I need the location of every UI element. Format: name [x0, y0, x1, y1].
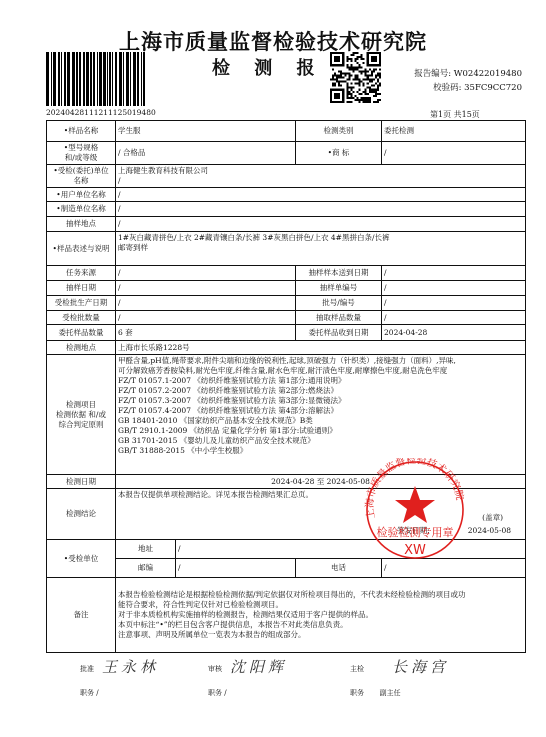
- row-remarks: 备注 本报告检验检测结论是根据检验检测依据/判定依据仅对所检项目得出的，不代表未…: [47, 578, 526, 653]
- user-unit-label: •用户单位名称: [47, 188, 116, 202]
- issue-date: 签发日期: 2024-05-08: [397, 526, 511, 536]
- list-line: GB/T 2910.1-2009 《纺织品 定量化学分析 第1部分:试验通则》: [118, 426, 523, 436]
- row-manufacturer: •制造单位名称 /: [47, 202, 526, 217]
- entrusted-qty: 6 套: [116, 325, 296, 341]
- row-conclusion: 检测结论 本报告仅提供单项检测结论。详见本报告检测结果汇总页。 (盖章) 签发日…: [47, 489, 526, 540]
- row-test-date: 检测日期 2024-04-28 至 2024-05-08: [47, 475, 526, 489]
- phone-label: 电话: [296, 559, 382, 578]
- list-line: 可分解致癌芳香胺染料,耐光色牢度,纤维含量,耐水色牢度,耐汗渍色牢度,耐摩擦色牢…: [118, 366, 523, 376]
- sampling-no: /: [382, 281, 526, 296]
- review-signature: 沈阳辉: [230, 656, 287, 677]
- row-batch-qty: 受检批数量 / 抽取样品数量 /: [47, 311, 526, 325]
- row-entrusted-qty: 委托样品数量 6 套 委托样品收到日期 2024-04-28: [47, 325, 526, 341]
- manufacturer-label: •制造单位名称: [47, 202, 116, 217]
- report-no: W02422019480: [454, 69, 522, 79]
- entrusted-qty-label: 委托样品数量: [47, 325, 116, 341]
- main-inspector-title: 职务 副主任: [350, 688, 401, 698]
- manufacturer: /: [116, 202, 526, 217]
- phone: /: [382, 559, 526, 578]
- production-date: /: [116, 296, 296, 311]
- model-label: •型号规格和/或等级: [47, 142, 116, 165]
- check-code: 35FC9CC720: [464, 83, 522, 93]
- row-inspected-address: •受检单位 地址 /: [47, 540, 526, 559]
- list-line: GB 31701-2015 《婴幼儿及儿童纺织产品安全技术规范》: [118, 436, 523, 446]
- seal-note: (盖章): [482, 513, 503, 523]
- sampling-no-label: 抽样单编号: [296, 281, 382, 296]
- list-line: 本报告检验检测结论是根据检验检测依据/判定依据仅对所检项目得出的，不代表未经检验…: [118, 590, 523, 600]
- row-sampling-date: 抽样日期 / 抽样单编号 /: [47, 281, 526, 296]
- row-production-date: 受检批生产日期 / 批号/编号 /: [47, 296, 526, 311]
- client-label: •受检(委托)单位名称: [47, 165, 116, 188]
- row-model: •型号规格和/或等级 / 合格品 •商 标 /: [47, 142, 526, 165]
- model: / 合格品: [116, 142, 296, 165]
- test-date: 2024-04-28 至 2024-05-08: [116, 475, 526, 489]
- main-inspector-signature: 长海宫: [392, 656, 449, 677]
- task-source: /: [116, 266, 296, 281]
- row-sampling-place: 抽样地点 /: [47, 217, 526, 232]
- test-items: 甲醛含量,pH值,绳带要求,附件尖端和边缘的锐利性,起球,顶破强力（针织类）,接…: [116, 355, 526, 475]
- row-task-source: 任务来源 / 抽样样本送到日期 /: [47, 266, 526, 281]
- test-type-label: 检测类别: [296, 121, 382, 142]
- description-label: •样品表述与说明: [47, 232, 116, 266]
- test-location-label: 检测地点: [47, 341, 116, 355]
- test-items-label: 检测项目检测依据 和/或综合判定原则: [47, 355, 116, 475]
- qr-code-icon: [330, 52, 381, 103]
- received-date: 2024-04-28: [382, 325, 526, 341]
- row-test-location: 检测地点 上海市长乐路1228号: [47, 341, 526, 355]
- list-line: GB/T 31888-2015 《中小学生校服》: [118, 446, 523, 456]
- sampling-place: /: [116, 217, 526, 232]
- production-date-label: 受检批生产日期: [47, 296, 116, 311]
- approve-label: 批准: [80, 664, 94, 674]
- sample-name-label: •样品名称: [47, 121, 116, 142]
- sampled-qty: /: [382, 311, 526, 325]
- inspected-unit-label: •受检单位: [47, 540, 116, 578]
- sampling-date-label: 抽样日期: [47, 281, 116, 296]
- task-source-label: 任务来源: [47, 266, 116, 281]
- row-client: •受检(委托)单位名称 上海健生教育科技有限公司/: [47, 165, 526, 188]
- test-date-label: 检测日期: [47, 475, 116, 489]
- row-description: •样品表述与说明 1#灰白藏青拼色/上衣 2#藏青镶白条/长裤 3#灰黑白拼色/…: [47, 232, 526, 266]
- list-line: FZ/T 01057.3-2007 《纺织纤维鉴别试验方法 第3部分:显微镜法》: [118, 396, 523, 406]
- sampling-date: /: [116, 281, 296, 296]
- test-location: 上海市长乐路1228号: [116, 341, 526, 355]
- postcode: /: [176, 559, 296, 578]
- address: /: [176, 540, 526, 559]
- row-sample-name: •样品名称 学生服 检测类别 委托检测: [47, 121, 526, 142]
- list-line: FZ/T 01057.4-2007 《纺织纤维鉴别试验方法 第4部分:溶解法》: [118, 406, 523, 416]
- conclusion: 本报告仅提供单项检测结论。详见本报告检测结果汇总页。 (盖章) 签发日期: 20…: [116, 489, 526, 540]
- trademark-label: •商 标: [296, 142, 382, 165]
- page-info: 第1页 共15页: [430, 109, 480, 120]
- review-label: 审核: [208, 664, 222, 674]
- conclusion-text: 本报告仅提供单项检测结论。详见本报告检测结果汇总页。: [118, 490, 523, 500]
- list-line: 能符合要求，符合性判定仅针对已检验检测项目。: [118, 600, 523, 610]
- approve-signature: 王永林: [102, 656, 159, 677]
- received-date-label: 委托样品收到日期: [296, 325, 382, 341]
- postcode-label: 邮编: [116, 559, 176, 578]
- report-no-label: 报告编号:: [414, 69, 451, 79]
- sample-arrival: /: [382, 266, 526, 281]
- check-code-label: 校验码:: [433, 83, 461, 93]
- row-user-unit: •用户单位名称 /: [47, 188, 526, 202]
- review-title-label: 职务 /: [208, 688, 227, 698]
- sampled-qty-label: 抽取样品数量: [296, 311, 382, 325]
- list-line: 注意事项、声明及所属单位一览表为本报告的组成部分。: [118, 630, 523, 640]
- test-type: 委托检测: [382, 121, 526, 142]
- list-line: FZ/T 01057.2-2007 《纺织纤维鉴别试验方法 第2部分:燃烧法》: [118, 386, 523, 396]
- main-inspector-label: 主检: [350, 664, 364, 674]
- row-inspected-postcode: 邮编 / 电话 /: [47, 559, 526, 578]
- report-table: •样品名称 学生服 检测类别 委托检测 •型号规格和/或等级 / 合格品 •商 …: [46, 120, 526, 653]
- barcode: [46, 52, 147, 106]
- approve-title-label: 职务 /: [80, 688, 99, 698]
- description: 1#灰白藏青拼色/上衣 2#藏青镶白条/长裤 3#灰黑白拼色/上衣 4#黑拼白条…: [116, 232, 526, 266]
- batch-no-label: 批号/编号: [296, 296, 382, 311]
- sample-name: 学生服: [116, 121, 296, 142]
- list-line: 甲醛含量,pH值,绳带要求,附件尖端和边缘的锐利性,起球,顶破强力（针织类）,接…: [118, 356, 523, 366]
- list-line: 对于非本质检机构实施抽样的检测报告，检测结果仅适用于客户提供的样品。: [118, 610, 523, 620]
- list-line: FZ/T 01057.1-2007 《纺织纤维鉴别试验方法 第1部分:通用说明》: [118, 376, 523, 386]
- row-test-items: 检测项目检测依据 和/或综合判定原则 甲醛含量,pH值,绳带要求,附件尖端和边缘…: [47, 355, 526, 475]
- user-unit: /: [116, 188, 526, 202]
- list-line: GB 18401-2010 《国家纺织产品基本安全技术规范》B类: [118, 416, 523, 426]
- address-label: 地址: [116, 540, 176, 559]
- list-line: 本页中标注“•”的栏目包含客户提供信息，本报告不对此类信息负责。: [118, 620, 523, 630]
- report-meta: 报告编号: W02422019480 校验码: 35FC9CC720: [382, 67, 522, 95]
- batch-qty-label: 受检批数量: [47, 311, 116, 325]
- barcode-number: 20240428111211125019480: [46, 108, 156, 117]
- client: 上海健生教育科技有限公司/: [116, 165, 526, 188]
- sampling-place-label: 抽样地点: [47, 217, 116, 232]
- sample-arrival-label: 抽样样本送到日期: [296, 266, 382, 281]
- conclusion-label: 检测结论: [47, 489, 116, 540]
- remarks-label: 备注: [47, 578, 116, 653]
- batch-no: /: [382, 296, 526, 311]
- batch-qty: /: [116, 311, 296, 325]
- trademark: /: [382, 142, 526, 165]
- remarks: 本报告检验检测结论是根据检验检测依据/判定依据仅对所检项目得出的，不代表未经检验…: [116, 578, 526, 653]
